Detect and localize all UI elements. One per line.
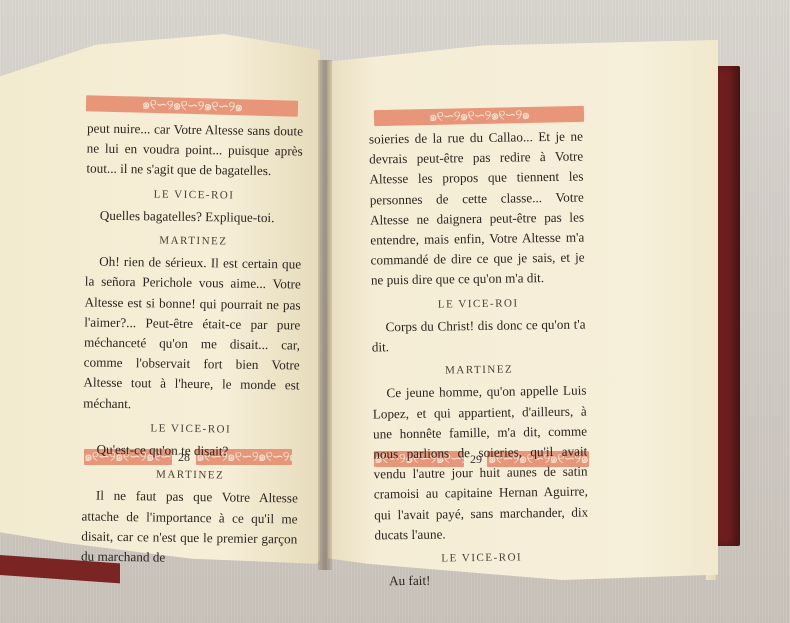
intro-paragraph: soieries de la rue du Callao... Et je ne… bbox=[369, 127, 585, 292]
speaker-name: LE VICE-ROI bbox=[83, 417, 299, 440]
book-gutter bbox=[318, 60, 332, 570]
speaker-name: LE VICE-ROI bbox=[371, 292, 585, 315]
ornament-pattern: ๑୧∽୨๑୧∽୨๑୧∽୨๑ bbox=[142, 97, 243, 116]
dialogue-line: Ce jeune homme, qu'on appelle Luis Lopez… bbox=[372, 381, 588, 546]
dialogue-line: Au fait! bbox=[375, 569, 589, 592]
dialogue-line: Corps du Christ! dis donc ce qu'on t'a d… bbox=[371, 314, 586, 357]
speaker-name: MARTINEZ bbox=[82, 464, 298, 487]
right-page-text: soieries de la rue du Callao... Et je ne… bbox=[369, 127, 589, 592]
dialogue-line: Qu'est-ce qu'on te disait? bbox=[82, 440, 298, 463]
intro-paragraph: peut nuire... car Votre Altesse sans dou… bbox=[86, 119, 303, 183]
speaker-name: MARTINEZ bbox=[85, 230, 301, 253]
speaker-name: LE VICE-ROI bbox=[375, 547, 589, 570]
ornament-pattern: ๑୧∽୨๑୧∽୨๑୧∽୨๑ bbox=[429, 107, 530, 125]
left-page-text: peut nuire... car Votre Altesse sans dou… bbox=[81, 119, 303, 570]
dialogue-line: Oh! rien de sérieux. Il est certain que … bbox=[83, 252, 301, 417]
dialogue-line: Quelles bagatelles? Explique-toi. bbox=[86, 205, 302, 228]
speaker-name: LE VICE-ROI bbox=[86, 183, 302, 206]
speaker-name: MARTINEZ bbox=[372, 359, 586, 382]
dialogue-line: Il ne faut pas que Votre Altesse attache… bbox=[81, 486, 298, 570]
